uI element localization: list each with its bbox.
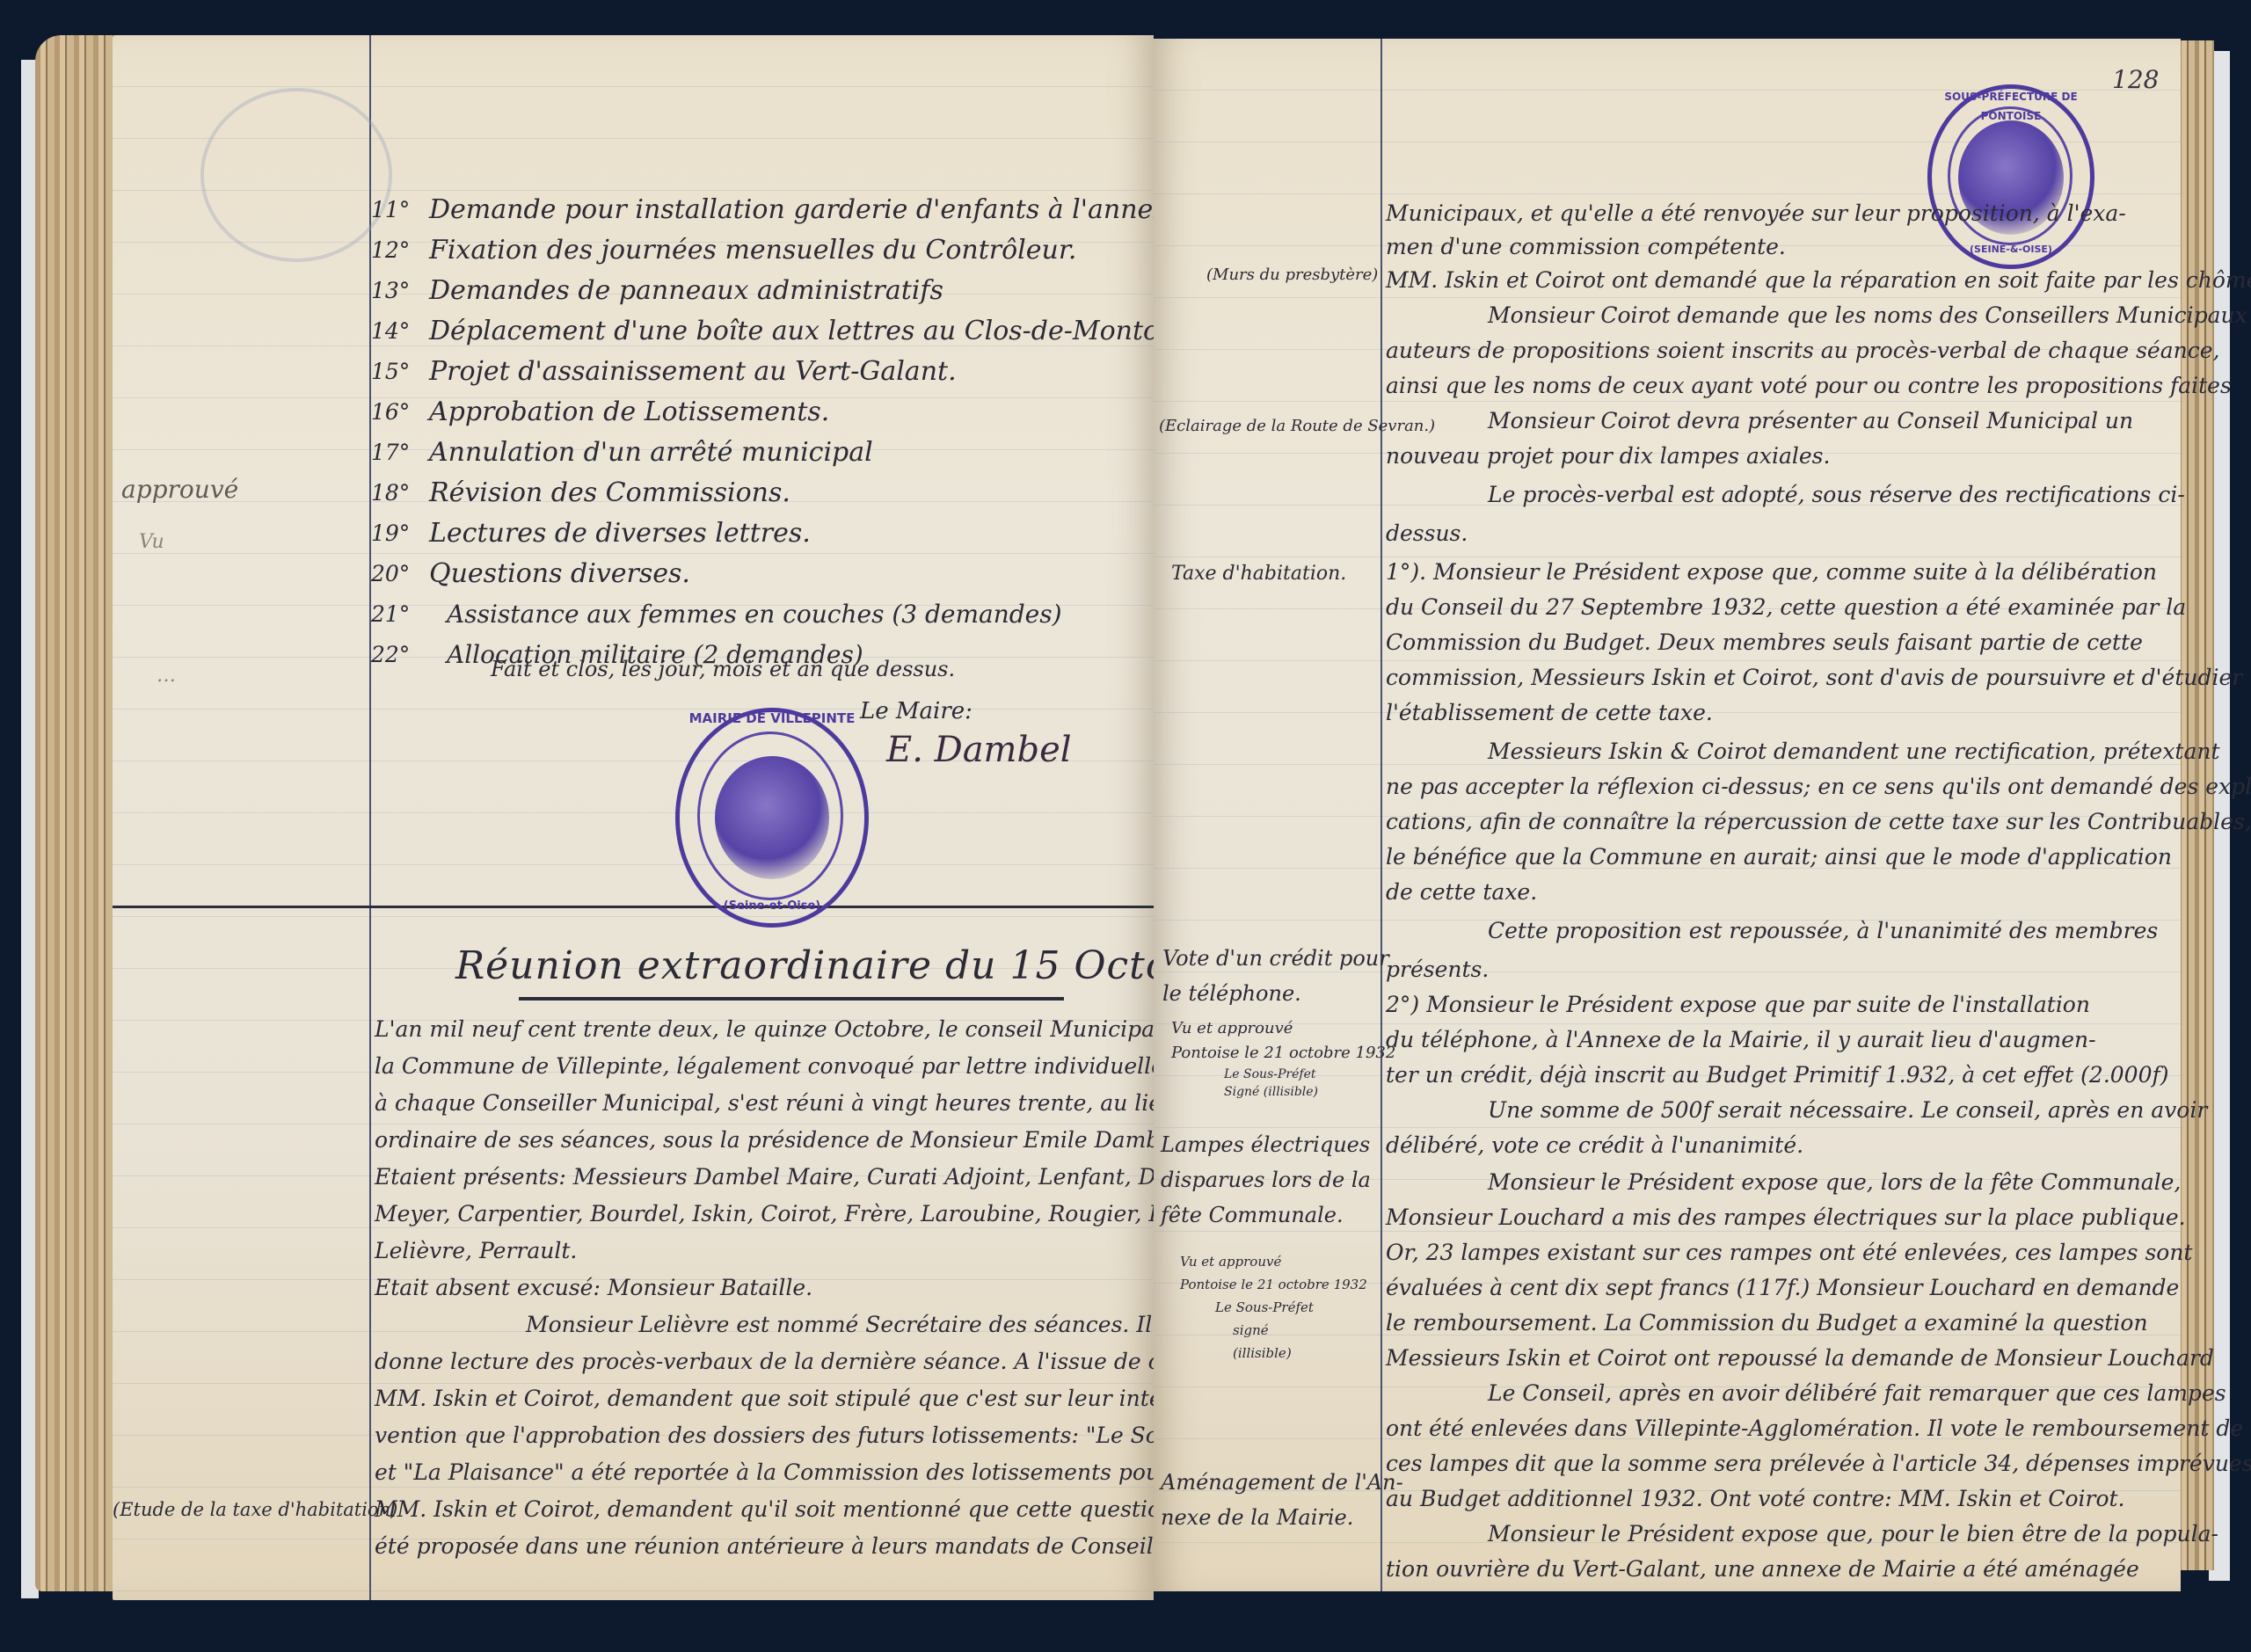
note-line: Aménagement de l'An-	[1161, 1465, 1403, 1500]
margin-line	[1380, 39, 1382, 1591]
margin-note-presbytere: (Murs du presbytère)	[1206, 250, 1378, 301]
note-line: (illisible)	[1180, 1342, 1367, 1365]
note-line: Pontoise le 21 octobre 1932	[1180, 1273, 1367, 1296]
note-line: Pontoise le 21 octobre 1932	[1171, 1041, 1395, 1066]
stamp-top-text: SOUS-PRÉFECTURE DE PONTOISE	[1932, 87, 2090, 126]
margin-note-taxe: (Etude de la taxe d'habitation)	[113, 1484, 397, 1535]
agenda-number: 22°	[371, 630, 410, 680]
body-line: Cette proposition est repoussée, à l'una…	[1488, 906, 2158, 957]
note-line: Vu et approuvé	[1180, 1250, 1367, 1273]
margin-note-telephone: Vote d'un crédit pour le téléphone.	[1162, 941, 1389, 1011]
mairie-villepinte-stamp: MAIRIE DE VILLEPINTE (Seine-et-Oise)	[675, 708, 869, 928]
open-register-book: approuvé Vu … 11° Demande pour installat…	[0, 0, 2251, 1652]
pencil-note: …	[157, 651, 176, 702]
margin-note-taxe-habitation: Taxe d'habitation.	[1171, 549, 1346, 600]
note-line: signé	[1180, 1319, 1367, 1342]
margin-note-lampes: Lampes électriques disparues lors de la …	[1161, 1127, 1371, 1233]
pencil-note: Vu	[139, 517, 164, 568]
approval-note-1: Vu et approuvé Pontoise le 21 octobre 19…	[1171, 1016, 1395, 1101]
note-line: Vu et approuvé	[1171, 1016, 1395, 1041]
page-stack-left	[35, 35, 116, 1591]
minutes-line: été proposée dans une réunion antérieure…	[375, 1521, 1195, 1572]
faded-stamp-impression	[200, 88, 392, 262]
note-line: disparues lors de la	[1161, 1162, 1371, 1197]
note-line: Vote d'un crédit pour	[1162, 941, 1389, 976]
pencil-note: approuvé	[121, 464, 238, 515]
stamp-bottom-text: (SEINE-&-OISE)	[1932, 240, 2090, 259]
stamp-top-text: MAIRIE DE VILLEPINTE	[680, 709, 864, 728]
note-line: le téléphone.	[1162, 976, 1389, 1011]
note-line: nexe de la Mairie.	[1161, 1500, 1403, 1535]
title-underline	[519, 997, 1064, 1001]
mayor-signature: E. Dambel	[886, 730, 1072, 770]
note-line: Signé (illisible)	[1171, 1083, 1395, 1101]
section-divider	[113, 906, 1154, 908]
note-line: fête Communale.	[1161, 1197, 1371, 1233]
body-line: Le procès-verbal est adopté, sous réserv…	[1488, 469, 2185, 520]
stamp-emblem-icon	[715, 756, 829, 879]
right-page: 128 SOUS-PRÉFECTURE DE PONTOISE (SEINE-&…	[1154, 39, 2181, 1591]
body-line: tion ouvrière du Vert-Galant, une annexe…	[1386, 1544, 2139, 1595]
page-number: 128	[2112, 65, 2159, 94]
sous-prefecture-pontoise-stamp: SOUS-PRÉFECTURE DE PONTOISE (SEINE-&-OIS…	[1927, 84, 2094, 269]
stamp-bottom-text: (Seine-et-Oise)	[680, 897, 864, 916]
note-line: Lampes électriques	[1161, 1127, 1371, 1162]
note-line: Le Sous-Préfet	[1180, 1296, 1367, 1319]
approval-note-2: Vu et approuvé Pontoise le 21 octobre 19…	[1180, 1250, 1367, 1365]
left-page: approuvé Vu … 11° Demande pour installat…	[113, 35, 1154, 1600]
margin-note-annexe: Aménagement de l'An- nexe de la Mairie.	[1161, 1465, 1403, 1535]
note-line: Le Sous-Préfet	[1171, 1066, 1395, 1083]
